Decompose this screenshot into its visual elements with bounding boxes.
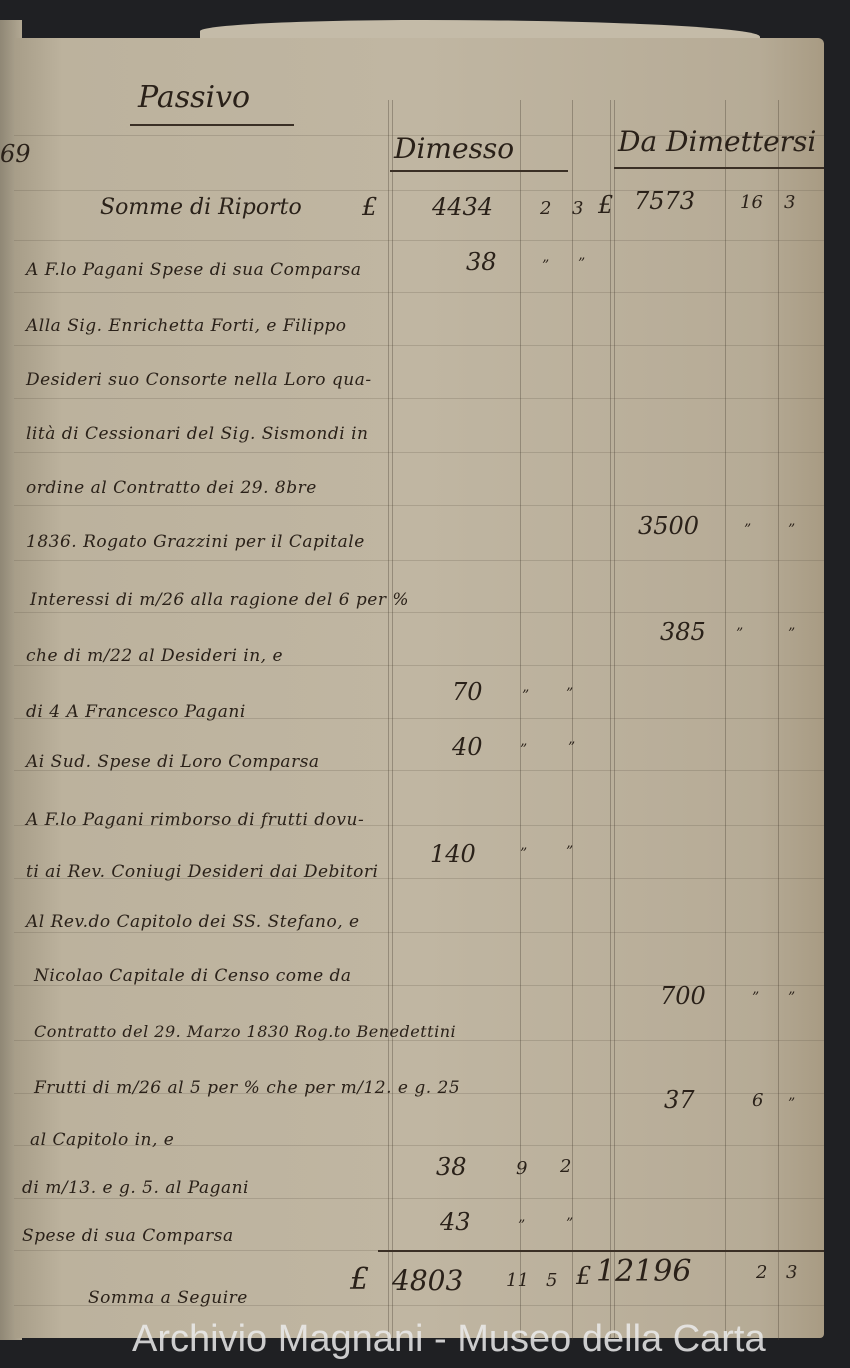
total-dimesso-lire: 4803 [392,1264,463,1297]
row-description: Al Rev.do Capitolo dei SS. Stefano, e [26,912,360,932]
dimettersi-lire: 700 [660,982,706,1010]
row-description: Interessi di m/26 alla ragione del 6 per… [30,590,409,610]
ruled-line [14,452,824,453]
header-underline [614,167,824,169]
ruled-line [14,505,824,506]
ruled-line [14,398,824,399]
column-line [392,100,393,1340]
row-description: 1836. Rogato Grazzini per il Capitale [26,532,365,552]
column-line [778,100,779,1340]
dimettersi-denari: 3 [784,192,795,213]
total-underline [378,1250,824,1252]
dimettersi-lire: 385 [660,618,706,646]
ditto-mark: ” [752,990,759,1006]
dimesso-lire: 140 [430,840,476,868]
row-description: Nicolao Capitale di Censo come da [34,966,352,986]
row-description: A F.lo Pagani rimborso di frutti dovu- [26,810,364,830]
dimesso-lire: 4434 [432,193,493,221]
ditto-mark: ” [520,742,527,758]
row-description: lità di Cessionari del Sig. Sismondi in [26,424,368,444]
ditto-mark: ” [578,256,585,272]
ditto-mark: ” [518,1218,525,1234]
row-description: ti ai Rev. Coniugi Desideri dai Debitori [26,862,378,882]
dimesso-soldi: 9 [516,1158,527,1179]
ruled-line [14,240,824,241]
ditto-mark: ” [788,990,795,1006]
ditto-mark: ” [566,686,573,702]
total-dimesso-denari: 5 [546,1270,557,1291]
column-header-dimettersi: Da Dimettersi [618,125,816,158]
currency-symbol: £ [576,1262,591,1290]
row-description: Somme di Riporto [100,195,302,220]
ditto-mark: ” [788,626,795,642]
total-dimettersi-denari: 3 [786,1262,797,1283]
column-line [725,100,726,1340]
row-description: Frutti di m/26 al 5 per % che per m/12. … [34,1078,460,1098]
ruled-line [14,932,824,933]
row-description: Contratto del 29. Marzo 1830 Rog.to Bene… [34,1022,456,1041]
ruled-line [14,1198,824,1199]
row-description: ordine al Contratto dei 29. 8bre [26,478,317,498]
ruled-line [14,345,824,346]
dimesso-lire: 40 [452,733,483,761]
column-line [614,100,615,1340]
row-description: al Capitolo in, e [30,1130,174,1150]
row-description: di m/13. e g. 5. al Pagani [22,1178,249,1198]
total-dimettersi-soldi: 2 [756,1262,767,1283]
ditto-mark: ” [568,740,575,756]
row-description: che di m/22 al Desideri in, e [26,646,283,666]
dimettersi-soldi: 6 [752,1090,763,1111]
total-dimettersi-lire: 12196 [596,1254,691,1289]
dimesso-soldi: 2 [540,198,551,219]
total-dimesso-soldi: 11 [506,1270,529,1291]
row-description: Spese di sua Comparsa [22,1226,234,1246]
title-underline [130,124,294,126]
column-line [520,100,521,1340]
ruled-line [14,292,824,293]
row-description: Alla Sig. Enrichetta Forti, e Filippo [26,316,347,336]
column-line [572,100,573,1340]
dimesso-lire: 43 [440,1208,471,1236]
header-underline [390,170,568,172]
dimettersi-lire: 37 [664,1086,695,1114]
page-title: Passivo [138,80,250,115]
ditto-mark: ” [788,522,795,538]
dimesso-denari: 2 [560,1156,571,1177]
dimettersi-soldi: 16 [740,192,763,213]
column-line [610,100,611,1340]
row-description: Ai Sud. Spese di Loro Comparsa [26,752,320,772]
column-line [388,100,389,1340]
currency-symbol: £ [598,191,613,219]
ditto-mark: ” [566,844,573,860]
dimesso-lire: 38 [436,1153,467,1181]
column-header-dimesso: Dimesso [394,132,514,165]
archive-watermark: Archivio Magnani - Museo della Carta [132,1318,766,1361]
ditto-mark: ” [744,522,751,538]
ruled-line [14,560,824,561]
currency-symbol: £ [350,1262,369,1297]
row-description: A F.lo Pagani Spese di sua Comparsa [26,260,362,280]
ditto-mark: ” [520,846,527,862]
ditto-mark: ” [542,258,549,274]
dimesso-denari: 3 [572,198,583,219]
dimesso-lire: 38 [466,248,497,276]
ditto-mark: ” [788,1096,795,1112]
ruled-line [14,612,824,613]
ditto-mark: ” [736,626,743,642]
ditto-mark: ” [566,1216,573,1232]
ruled-line [14,190,824,191]
dimettersi-lire: 7573 [634,187,695,215]
currency-symbol: £ [362,193,377,221]
ditto-mark: ” [522,688,529,704]
row-description: Desideri suo Consorte nella Loro qua- [26,370,372,390]
row-description: di 4 A Francesco Pagani [26,702,246,722]
margin-page-number: 69 [0,140,31,168]
row-description: Somma a Seguire [88,1288,248,1308]
dimettersi-lire: 3500 [638,512,699,540]
dimesso-lire: 70 [452,678,483,706]
